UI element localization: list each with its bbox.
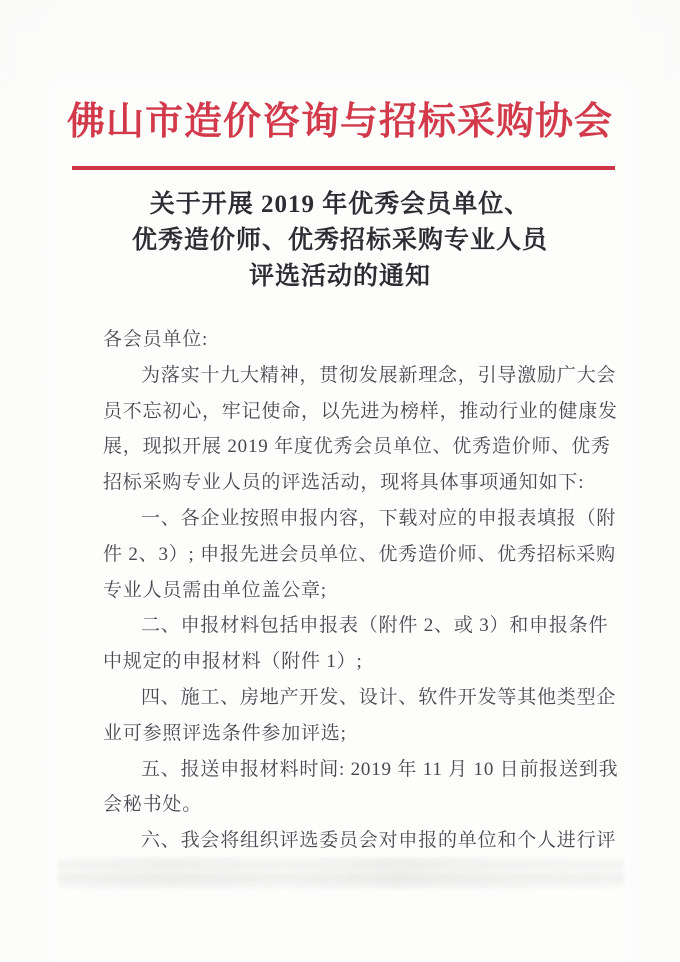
body-line-item-4: 四、施工、房地产开发、设计、软件开发等其他类型企 — [103, 680, 603, 716]
title-line-3: 评选活动的通知 — [0, 259, 680, 295]
organization-name: 佛山市造价咨询与招标采购协会 — [0, 90, 680, 145]
title-line-1: 关于开展 2019 年优秀会员单位、 — [0, 187, 680, 223]
document-body: 各会员单位: 为落实十九大精神，贯彻发展新理念，引导激励广大会 员不忘初心，牢记… — [103, 322, 603, 859]
body-line-item-5: 五、报送申报材料时间: 2019 年 11 月 10 日前报送到我 — [103, 752, 603, 788]
body-line-item-2: 二、申报材料包括申报表（附件 2、或 3）和申报条件 — [103, 608, 603, 644]
title-line-2: 优秀造价师、优秀招标采购专业人员 — [0, 223, 680, 259]
body-line: 招标采购专业人员的评选活动，现将具体事项通知如下: — [103, 465, 603, 501]
body-line: 件 2、3）; 申报先进会员单位、优秀造价师、优秀招标采购 — [103, 537, 603, 573]
scanned-document-page: 佛山市造价咨询与招标采购协会 关于开展 2019 年优秀会员单位、 优秀造价师、… — [0, 0, 680, 962]
document-title: 关于开展 2019 年优秀会员单位、 优秀造价师、优秀招标采购专业人员 评选活动… — [0, 187, 680, 295]
salutation: 各会员单位: — [103, 322, 603, 358]
body-line-item-6: 六、我会将组织评选委员会对申报的单位和个人进行评 — [103, 823, 603, 859]
scan-bleed-through-artifact — [58, 857, 624, 889]
body-line: 员不忘初心，牢记使命，以先进为榜样，推动行业的健康发 — [103, 394, 603, 430]
body-line: 中规定的申报材料（附件 1）; — [103, 644, 603, 680]
body-line: 业可参照评选条件参加评选; — [103, 716, 603, 752]
body-line: 会秘书处。 — [103, 787, 603, 823]
body-line: 专业人员需由单位盖公章; — [103, 573, 603, 609]
letterhead-divider-rule — [72, 166, 615, 170]
body-line-item-1: 一、各企业按照申报内容，下载对应的申报表填报（附 — [103, 501, 603, 537]
body-line: 为落实十九大精神，贯彻发展新理念，引导激励广大会 — [103, 358, 603, 394]
body-line: 展，现拟开展 2019 年度优秀会员单位、优秀造价师、优秀 — [103, 429, 603, 465]
